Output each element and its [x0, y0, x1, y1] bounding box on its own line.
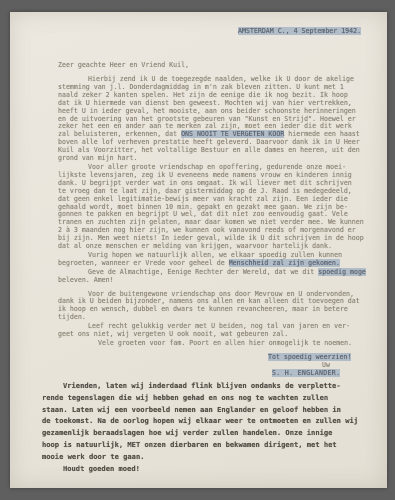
typed-annotation: Vrienden, laten wij inderdaad flink blij…: [42, 380, 372, 474]
closing-block: Tot spoedig weerzien! Uw S. H. ENGLANDER…: [264, 354, 351, 378]
letter-paragraph: Voor de buitengewone vriendschap ons doo…: [58, 291, 372, 323]
letter-text: grond van mijn hart.: [58, 154, 137, 162]
letter-text: dat geen enkel legitimatie-bewijs meer v…: [58, 195, 348, 203]
salutation: Zeer geachte Heer en Vriend Kuil,: [58, 62, 189, 70]
letter-text: heeft U in ieder geval, het mooiste, aan…: [58, 107, 356, 115]
letter-text: dank. U begrijpt verder wat in ons omgaa…: [58, 179, 352, 187]
annotation-line: rende tegenslagen die wij hebben gehad e…: [42, 392, 372, 404]
letter-text: Voor de buitengewone vriendschap ons doo…: [88, 290, 354, 298]
annotation-line: Vrienden, laten wij inderdaad flink blij…: [42, 380, 372, 392]
letter-text: zal beluisteren, erkennen, dat: [58, 130, 181, 138]
letter-text: dank ik U beiden bijzonder, namens ons a…: [58, 297, 360, 305]
annotation-line: Houdt goeden moed!: [42, 463, 372, 475]
annotation-line: staan. Laten wij een voorbeeld nemen aan…: [42, 404, 372, 416]
annotation-line: de toekomst. Na de oorlog hopen wij elka…: [42, 415, 372, 427]
letter-text: gehaald wordt, moet binnen 10 min. gepak…: [58, 203, 348, 211]
letter-line: ik hoop en wensch, dubbel en dwars te ku…: [58, 306, 372, 314]
letter-text: naald zeker 2 kanten spelen. Het zijn de…: [58, 91, 348, 99]
letter-text: beleven. Amen!: [58, 276, 114, 284]
letter-text: 2 à 3 maanden nog hier zijn, we kunnen o…: [58, 226, 356, 234]
letter-line: dat al onze menschen er melding van krij…: [58, 243, 372, 251]
annotation-line: hoop is natuurlijk, MET onzen dierbaren …: [42, 439, 372, 451]
letter-text: Vele groeten voor fam. Poort en allen hi…: [98, 339, 352, 347]
letter-paragraph: Hierbij zend ik U de toegezegde naalden,…: [58, 76, 372, 163]
letter-text: dat al onze menschen er melding van krij…: [58, 242, 332, 250]
scanned-letter-photo: { "letter": { "date": "AMSTERDAM C., 4 S…: [0, 0, 395, 500]
letter-line: grond van mijn hart.: [58, 155, 372, 163]
letter-text: Vurig hopen we natuurlijk allen, we elka…: [88, 251, 342, 259]
annotation-line: mooie werk door te gaan.: [42, 451, 372, 463]
letter-page: AMSTERDAM C., 4 September 1942. Zeer gea…: [10, 12, 387, 488]
letter-paragraph: Voor aller groote vriendschap en opoffer…: [58, 164, 372, 251]
letter-text: Voor aller groote vriendschap en opoffer…: [88, 163, 346, 171]
letter-text: en de uitvoering van het grootste gebeur…: [58, 115, 356, 123]
closing-highlighted-text: Tot spoedig weerzien!: [268, 353, 351, 361]
letter-text: te vroeg dan te laat zijn, daar gistermi…: [58, 187, 352, 195]
letter-line: tijden.: [58, 314, 372, 322]
letter-paragraph: Geve de Almachtige, Eenige Rechter der W…: [58, 269, 372, 285]
letter-line: Vele groeten voor fam. Poort en allen hi…: [58, 340, 372, 348]
signature: S. H. ENGLANDER.: [272, 370, 351, 378]
letter-text: dat ik U hiermede van dienst ben geweest…: [58, 99, 352, 107]
letter-text: ik hoop en wensch, dubbel en dwars te ku…: [58, 305, 348, 313]
highlighted-text: Menschheid zal zijn gekomen.: [229, 259, 340, 267]
letter-date: AMSTERDAM C., 4 September 1942.: [238, 28, 361, 36]
letter-text: geet ons niet, wij vergeten U ook nooit,…: [58, 330, 288, 338]
letter-line: geet ons niet, wij vergeten U ook nooit,…: [58, 331, 372, 339]
letter-line: begroeten, wanneer er Vrede voor geheel …: [58, 260, 372, 268]
highlighted-text: ONS NOOIT TE VERGETEN KOOR: [181, 130, 284, 138]
letter-text: gonnen te pakken en begrijpt U wel, dat …: [58, 210, 348, 218]
annotation-line: gezamenlijk beraadslagen hoe wij verder …: [42, 427, 372, 439]
closing-line: Tot spoedig weerzien!: [268, 354, 351, 362]
letter-paragraph: Leef recht gelukkig verder met U beiden,…: [58, 323, 372, 339]
letter-paragraph: Vele groeten voor fam. Poort en allen hi…: [58, 340, 372, 348]
letter-text: zeker het een en ander aan te merken zal…: [58, 122, 352, 130]
letter-paragraph: Vurig hopen we natuurlijk allen, we elka…: [58, 252, 372, 268]
letter-text: Geve de Almachtige, Eenige Rechter der W…: [88, 268, 318, 276]
letter-text: Hierbij zend ik U de toegezegde naalden,…: [88, 75, 354, 83]
signature-highlighted-text: S. H. ENGLANDER.: [272, 369, 340, 377]
letter-body: Hierbij zend ik U de toegezegde naalden,…: [58, 76, 372, 348]
letter-text: lijkste levensjaren, zeg ik U eveneens m…: [58, 171, 352, 179]
letter-text: begroeten, wanneer er Vrede voor geheel …: [58, 259, 229, 267]
letter-text: Leef recht gelukkig verder met U beiden,…: [88, 322, 350, 330]
letter-text: Kuil als Voorzitter, het voltallige Best…: [58, 146, 360, 154]
letter-text: tijden.: [58, 313, 86, 321]
letter-text: stemming van j.l. Donderdagmiddag in m'n…: [58, 83, 344, 91]
letter-text: bij zijn. Men weet niets! In ieder geval…: [58, 234, 364, 242]
highlighted-text: spoedig moge: [318, 268, 366, 276]
letter-text: hiermede een haast: [284, 130, 359, 138]
date-highlighted-text: AMSTERDAM C., 4 September 1942.: [238, 27, 361, 35]
letter-text: boven alle lof verheven prestatie heeft …: [58, 138, 360, 146]
letter-line: beleven. Amen!: [58, 277, 372, 285]
